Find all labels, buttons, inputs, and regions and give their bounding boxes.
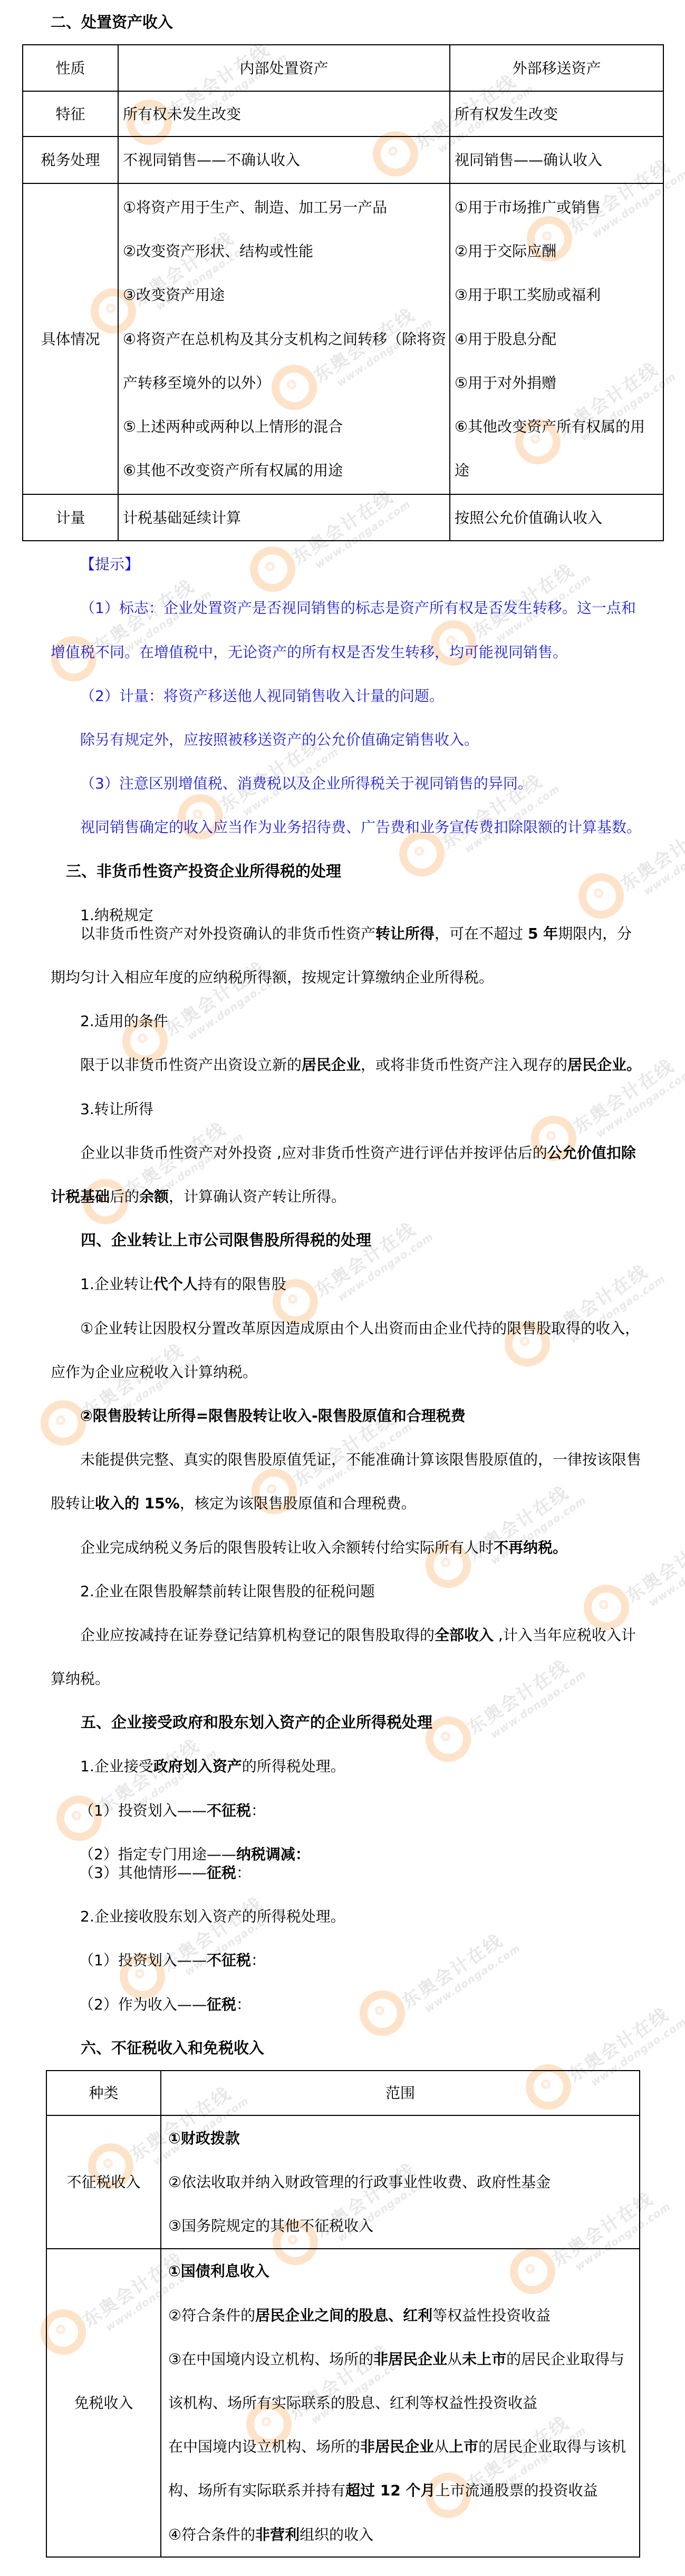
cell-text: 按照公允价值确认收入: [455, 496, 660, 540]
text-run: ④符合条件的: [168, 2526, 255, 2543]
cell-text: 视同销售——确认收入: [455, 138, 660, 182]
internal-cell: 计税基础延续计算: [118, 494, 450, 541]
row-label: 不征税收入: [46, 2115, 161, 2249]
list-item: ⑤上述两种或两种以上情形的混合: [123, 405, 446, 448]
row-label-text: 税务处理: [23, 138, 118, 182]
list-item: ①用于市场推广或销售: [455, 186, 660, 229]
income-category-table: 种类 范围 不征税收入 ①财政拨款 ②依法收取并纳入财政管理的行政事业性收费、政…: [46, 2070, 640, 2558]
list-item: （1）投资划入——不征税：: [51, 1938, 668, 1982]
header-scope: 范围: [161, 2071, 640, 2115]
text-run: （2）作为收入——: [79, 1996, 207, 2013]
list-item: ①国债利息收入: [168, 2249, 634, 2293]
tip-label: 提示: [95, 555, 124, 573]
scope-cell: ①国债利息收入 ②符合条件的居民企业之间的股息、红利等权益性投资收益 ③在中国境…: [161, 2249, 640, 2557]
text-run: （3）其他情形——: [79, 1864, 207, 1881]
list-item: ③国务院规定的其他不征税收入: [168, 2204, 634, 2248]
paragraph-line: 企业以非货币性资产对外投资 ,应对非货币性资产进行评估并按评估后的公允价值扣除: [51, 1131, 668, 1175]
list-item: ④将资产在总机构及其分支机构之间转移（除将资: [123, 317, 446, 361]
section-asset-disposal-income: 二、处置资产收入 性质 内部处置资产 外部移送资产 特征 所有权未发生改变 所有…: [51, 1, 668, 850]
scope-cell: ①财政拨款 ②依法收取并纳入财政管理的行政事业性收费、政府性基金 ③国务院规定的…: [161, 2115, 640, 2249]
text-run: 1.企业转让: [80, 1275, 153, 1293]
external-cell: 所有权发生改变: [450, 91, 663, 136]
section-title: 五、企业接受政府和股东划入资产的企业所得税处理: [51, 1701, 668, 1744]
subheading: 2.适用的条件: [51, 999, 668, 1043]
header-label: 外部移送资产: [450, 46, 663, 90]
document: 二、处置资产收入 性质 内部处置资产 外部移送资产 特征 所有权未发生改变 所有…: [51, 1, 668, 2558]
subheading: 3.转让所得: [51, 1087, 668, 1131]
paragraph-line: 股转让收入的 15%，核定为该限售股原值和合理税费。: [51, 1481, 668, 1525]
table-row: 具体情况 ①将资产用于生产、制造、加工另一产品 ②改变资产形状、结构或性能 ③改…: [23, 183, 663, 494]
list-item: ④用于股息分配: [455, 317, 660, 361]
section-title: 三、非货币性资产投资企业所得税的处理: [51, 850, 668, 893]
table-row: 税务处理 不视同销售——不确认收入 视同销售——确认收入: [23, 136, 663, 183]
row-label-text: 计量: [23, 496, 118, 540]
text-run: （1）投资划入——: [79, 1951, 207, 1969]
list-item: ②符合条件的居民企业之间的股息、红利等权益性投资收益: [168, 2294, 634, 2337]
disposal-comparison-table: 性质 内部处置资产 外部移送资产 特征 所有权未发生改变 所有权发生改变 税务处…: [22, 44, 664, 541]
header-label: 内部处置资产: [119, 46, 449, 90]
bold-run: 全部收入: [435, 1626, 494, 1644]
row-label-text: 不征税收入: [47, 2160, 160, 2204]
tip-paragraph-line: 增值税不同。在增值税中，无论资产的所有权是否发生转移，均可能视同销售。: [51, 630, 668, 674]
text-run: （1）投资划入——: [79, 1802, 207, 1819]
row-label: 免税收入: [46, 2249, 161, 2557]
header-nature: 性质: [23, 45, 118, 91]
tip-paragraph: 视同销售确定的收入应当作为业务招待费、广告费和业务宣传费扣除限额的计算基数。: [51, 805, 668, 849]
header-label: 种类: [47, 2071, 160, 2115]
bold-run: 公允价值扣除: [547, 1144, 636, 1162]
text-run: ，或将非货币性资产注入现存的: [361, 1056, 567, 1074]
section-title: 六、不征税收入和免税收入: [51, 2026, 668, 2070]
text-run: 1.企业接受: [80, 1758, 153, 1775]
internal-cell: 所有权未发生改变: [118, 91, 450, 136]
paragraph-line: ①企业转让因股权分置改革原因造成原由个人出资而由企业代持的限售股取得的收入，: [51, 1306, 668, 1350]
tip-block: 【提示】 （1）标志：企业处置资产是否视同销售的标志是资产所有权是否发生转移。这…: [51, 542, 668, 849]
tip-paragraph: （3）注意区别增值税、消费税以及企业所得税关于视同销售的异同。: [51, 762, 668, 805]
bold-run: 居民企业: [302, 1056, 361, 1074]
text-run: 等权益性投资收益: [432, 2307, 551, 2324]
row-label: 税务处理: [23, 136, 118, 183]
paragraph-line: 限于以非货币性资产出资设立新的居民企业，或将非货币性资产注入现存的居民企业。: [51, 1043, 668, 1087]
text-run: 股转让: [51, 1495, 95, 1512]
bold-run: 上市: [449, 2438, 478, 2455]
bold-run: 不征税: [207, 1802, 251, 1819]
section-non-taxable-and-exempt-income: 六、不征税收入和免税收入 种类 范围 不征税收入 ①财政拨款 ②依法收取并纳入财…: [51, 2026, 668, 2558]
subheading: 1.企业接受政府划入资产的所得税处理。: [51, 1744, 668, 1788]
list-item: ②改变资产形状、结构或性能: [123, 229, 446, 273]
bold-run: 收入的 15%: [95, 1495, 180, 1512]
subheading: 2.企业接收股东划入资产的所得税处理。: [51, 1895, 668, 1938]
text-run: 从: [447, 2350, 462, 2368]
paragraph-line: 企业完成纳税义务后的限售股转让收入余额转付给实际所有人时不再纳税。: [51, 1526, 668, 1569]
text-run: 限于以非货币性资产出资设立新的: [80, 1056, 302, 1074]
list-item: 在中国境内设立机构、场所的非居民企业从上市的居民企业取得与该机: [168, 2425, 634, 2468]
paragraph-line: 未能提供完整、真实的限售股原值凭证，不能准确计算该限售股原值的，一律按该限售: [51, 1438, 668, 1481]
row-label-text: 具体情况: [23, 317, 118, 361]
paragraph-line: 以非货币性资产对外投资确认的非货币性资产转让所得，可在不超过 5 年期限内，分: [51, 912, 668, 955]
cell-text: 计税基础延续计算: [123, 496, 446, 540]
bold-run: 非居民企业: [373, 2350, 447, 2368]
list-item: ①财政拨款: [168, 2116, 634, 2160]
bold-run: 非营利: [255, 2526, 300, 2543]
bold-run: ：: [295, 1846, 310, 1863]
bold-run: 不再纳税。: [494, 1539, 567, 1556]
text-run: ，核定为该限售股原值和合理税费。: [180, 1495, 416, 1512]
cell-text: 所有权发生改变: [455, 92, 660, 136]
bold-run: 余额: [139, 1188, 169, 1205]
row-label: 特征: [23, 91, 118, 136]
bold-run: ①财政拨款: [168, 2130, 240, 2147]
text-run: 持有的限售股: [198, 1275, 286, 1293]
section-title: 二、处置资产收入: [51, 1, 668, 44]
list-item: ⑥其他改变资产所有权属的用: [455, 405, 660, 448]
bold-run: 转让所得: [375, 925, 435, 942]
row-label-text: 免税收入: [47, 2381, 160, 2425]
header-category: 种类: [46, 2071, 161, 2115]
cell-text: 不视同销售——不确认收入: [123, 138, 446, 182]
table-row: 免税收入 ①国债利息收入 ②符合条件的居民企业之间的股息、红利等权益性投资收益 …: [46, 2249, 640, 2557]
subheading: 1.企业转让代个人持有的限售股: [51, 1262, 668, 1306]
text-run: ：: [251, 1802, 266, 1819]
text-run: 在中国境内设立机构、场所的: [168, 2438, 360, 2455]
bold-run: 不征税: [207, 1951, 251, 1969]
bold-run: 5 年: [528, 925, 558, 942]
list-item-continuation: 产转移至境外的以外）: [123, 361, 446, 405]
cell-text: 所有权未发生改变: [123, 92, 446, 136]
section-title: 四、企业转让上市公司限售股所得税的处理: [51, 1218, 668, 1262]
row-label: 计量: [23, 494, 118, 541]
list-item: ④符合条件的非营利组织的收入: [168, 2513, 634, 2557]
list-item: ⑤用于对外捐赠: [455, 361, 660, 405]
paragraph-line: 计税基础后的余额，计算确认资产转让所得。: [51, 1175, 668, 1218]
header-label: 范围: [161, 2071, 639, 2115]
bold-run: 计税基础: [51, 1188, 110, 1205]
formula-line: ②限售股转让所得=限售股转让收入-限售股原值和合理税费: [51, 1394, 668, 1438]
text-run: ：: [236, 1864, 251, 1881]
section-assets-transferred-in: 五、企业接受政府和股东划入资产的企业所得税处理 1.企业接受政府划入资产的所得税…: [51, 1701, 668, 2026]
bold-run: 超过 12 个月: [345, 2482, 435, 2499]
text-run: 后的: [110, 1188, 139, 1205]
text-run: 企业以非货币性资产对外投资 ,应对非货币性资产进行评估并按评估后的: [80, 1144, 547, 1162]
bold-run: 居民企业。: [567, 1056, 641, 1074]
external-cell: 视同销售——确认收入: [450, 136, 663, 183]
tip-heading: 【提示】: [51, 542, 668, 586]
list-item: ②用于交际应酬: [455, 229, 660, 273]
row-label-text: 特征: [23, 92, 118, 136]
bold-run: 居民企业之间的股息、红利: [255, 2307, 432, 2324]
text-run: 的居民企业取得与该机: [478, 2438, 626, 2455]
list-item: ②依法收取并纳入财政管理的行政事业性收费、政府性基金: [168, 2160, 634, 2204]
table-row: 特征 所有权未发生改变 所有权发生改变: [23, 91, 663, 136]
bold-run: 非居民企业: [360, 2438, 434, 2455]
text-run: ,计入当年应税收入计: [494, 1626, 636, 1644]
paragraph-line: 期均匀计入相应年度的应纳税所得额，按规定计算缴纳企业所得税。: [51, 955, 668, 999]
text-run: 期限内，分: [558, 925, 632, 942]
paragraph-line: 企业应按减持在证券登记结算机构登记的限售股取得的全部收入 ,计入当年应税收入计: [51, 1613, 668, 1657]
list-item: ③在中国境内设立机构、场所的非居民企业从未上市的居民企业取得与: [168, 2337, 634, 2381]
list-item: ⑥其他不改变资产所有权属的用途: [123, 448, 446, 492]
list-item: （1）投资划入——不征税：: [51, 1789, 668, 1832]
text-run: 的居民企业取得与: [506, 2350, 624, 2368]
text-run: ：: [251, 1951, 266, 1969]
text-run: 企业完成纳税义务后的限售股转让收入余额转付给实际所有人时: [80, 1539, 494, 1556]
bold-run: ①国债利息收入: [168, 2262, 269, 2280]
bold-run: 征税: [207, 1864, 236, 1881]
text-run: ③在中国境内设立机构、场所的: [168, 2350, 373, 2368]
text-run: 组织的收入: [300, 2526, 373, 2543]
row-label: 具体情况: [23, 183, 118, 494]
text-run: ②符合条件的: [168, 2307, 255, 2324]
header-label: 性质: [23, 46, 118, 90]
table-header-row: 性质 内部处置资产 外部移送资产: [23, 45, 663, 91]
list-item-continuation: 构、场所有实际联系并持有超过 12 个月上市流通股票的投资收益: [168, 2468, 634, 2512]
bracket-close: 】: [124, 555, 139, 573]
bold-run: 代个人: [153, 1275, 198, 1293]
internal-cell: 不视同销售——不确认收入: [118, 136, 450, 183]
text-run: 上市流通股票的投资收益: [435, 2482, 597, 2499]
text-run: ，可在不超过: [435, 925, 528, 942]
section-restricted-shares: 四、企业转让上市公司限售股所得税的处理 1.企业转让代个人持有的限售股 ①企业转…: [51, 1218, 668, 1701]
bold-run: 征税: [207, 1996, 236, 2013]
text-run: 从: [434, 2438, 449, 2455]
text-run: 企业应按减持在证券登记结算机构登记的限售股取得的: [80, 1626, 435, 1644]
list-item: ③改变资产用途: [123, 273, 446, 317]
text-run: 以非货币性资产对外投资确认的非货币性资产: [80, 925, 375, 942]
tip-paragraph-line: （1）标志：企业处置资产是否视同销售的标志是资产所有权是否发生转移。这一点和: [51, 586, 668, 630]
header-internal-disposal: 内部处置资产: [118, 45, 450, 91]
internal-cell: ①将资产用于生产、制造、加工另一产品 ②改变资产形状、结构或性能 ③改变资产用途…: [118, 183, 450, 494]
list-item: （3）其他情形——征税：: [51, 1851, 668, 1895]
bracket-open: 【: [80, 555, 95, 573]
bold-run: 政府划入资产: [153, 1758, 242, 1775]
text-run: ，计算确认资产转让所得。: [169, 1188, 346, 1205]
tip-paragraph: （2）计量：将资产移送他人视同销售收入计量的问题。: [51, 674, 668, 718]
text-run: 的所得税处理。: [242, 1758, 345, 1775]
paragraph-line: 应作为企业应税收入计算纳税。: [51, 1350, 668, 1394]
section-non-monetary-asset-investment: 三、非货币性资产投资企业所得税的处理 1.纳税规定 以非货币性资产对外投资确认的…: [51, 850, 668, 1219]
bold-run: ②限售股转让所得=限售股转让收入-限售股原值和合理税费: [80, 1407, 466, 1424]
header-external-transfer: 外部移送资产: [450, 45, 663, 91]
table-header-row: 种类 范围: [46, 2071, 640, 2115]
table-row: 计量 计税基础延续计算 按照公允价值确认收入: [23, 494, 663, 541]
table-row: 不征税收入 ①财政拨款 ②依法收取并纳入财政管理的行政事业性收费、政府性基金 ③…: [46, 2115, 640, 2249]
list-item: （2）作为收入——征税：: [51, 1983, 668, 2026]
text-run: ：: [236, 1996, 251, 2013]
subheading: 2.企业在限售股解禁前转让限售股的征税问题: [51, 1569, 668, 1613]
list-item: ③用于职工奖励或福利: [455, 273, 660, 317]
bold-run: 未上市: [462, 2350, 506, 2368]
list-item-continuation: 途: [455, 448, 660, 492]
list-item-continuation: 该机构、场所有实际联系的股息、红利等权益性投资收益: [168, 2381, 634, 2425]
paragraph-line: 算纳税。: [51, 1657, 668, 1701]
external-cell: 按照公允价值确认收入: [450, 494, 663, 541]
external-cell: ①用于市场推广或销售 ②用于交际应酬 ③用于职工奖励或福利 ④用于股息分配 ⑤用…: [450, 183, 663, 494]
tip-paragraph: 除另有规定外，应按照被移送资产的公允价值确定销售收入。: [51, 718, 668, 762]
list-item: ①将资产用于生产、制造、加工另一产品: [123, 186, 446, 229]
text-run: 构、场所有实际联系并持有: [168, 2482, 345, 2499]
